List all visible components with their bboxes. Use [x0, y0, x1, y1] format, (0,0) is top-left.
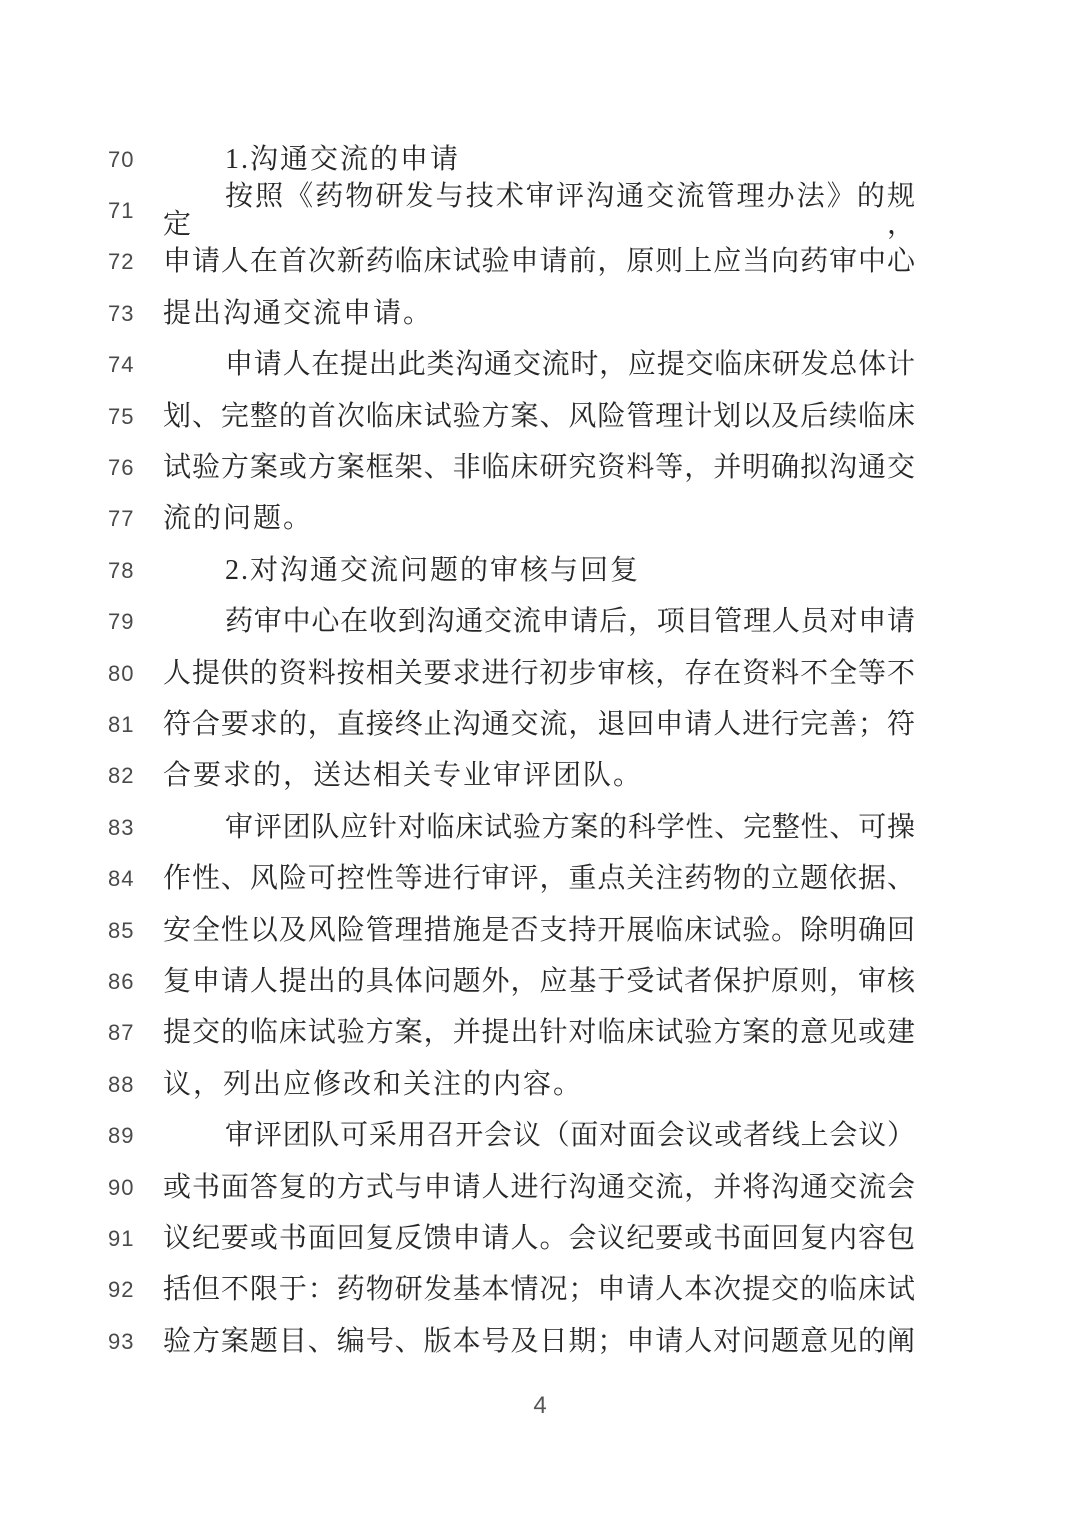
line-text: 安全性以及风险管理措施是否支持开展临床试验。除明确回	[163, 917, 915, 945]
line-text: 作性、风险可控性等进行审评，重点关注药物的立题依据、	[163, 865, 915, 893]
line-text: 药审中心在收到沟通交流申请后，项目管理人员对申请	[163, 608, 915, 636]
line-text: 合要求的，送达相关专业审评团队。	[163, 762, 915, 790]
document-line: 72 申请人在首次新药临床试验申请前，原则上应当向药审中心	[0, 237, 1080, 288]
line-number: 80	[108, 661, 163, 687]
line-text: 验方案题目、编号、版本号及日期；申请人对问题意见的阐	[163, 1328, 915, 1356]
line-number: 71	[108, 198, 163, 224]
line-number: 89	[108, 1123, 163, 1149]
line-number: 79	[108, 609, 163, 635]
line-number: 82	[108, 763, 163, 789]
line-number: 76	[108, 455, 163, 481]
line-number: 84	[108, 866, 163, 892]
document-line: 78 2.对沟通交流问题的审核与回复	[0, 545, 1080, 596]
document-line: 90 或书面答复的方式与申请人进行沟通交流，并将沟通交流会	[0, 1162, 1080, 1213]
line-number: 75	[108, 404, 163, 430]
line-number: 90	[108, 1175, 163, 1201]
document-line: 80 人提供的资料按相关要求进行初步审核，存在资料不全等不	[0, 648, 1080, 699]
line-number: 81	[108, 712, 163, 738]
line-text: 议纪要或书面回复反馈申请人。会议纪要或书面回复内容包	[163, 1225, 915, 1253]
document-line: 85 安全性以及风险管理措施是否支持开展临床试验。除明确回	[0, 905, 1080, 956]
line-number: 78	[108, 558, 163, 584]
line-number: 93	[108, 1329, 163, 1355]
line-number: 88	[108, 1072, 163, 1098]
line-text: 人提供的资料按相关要求进行初步审核，存在资料不全等不	[163, 660, 915, 688]
document-body: 70 1.沟通交流的申请 71 按照《药物研发与技术审评沟通交流管理办法》的规定…	[0, 0, 1080, 1367]
page-number: 4	[0, 1392, 1080, 1420]
line-text: 按照《药物研发与技术审评沟通交流管理办法》的规定，	[163, 183, 915, 239]
document-line: 73 提出沟通交流申请。	[0, 288, 1080, 339]
line-number: 85	[108, 918, 163, 944]
line-number: 72	[108, 249, 163, 275]
line-text: 申请人在提出此类沟通交流时，应提交临床研发总体计	[163, 351, 915, 379]
line-number: 73	[108, 301, 163, 327]
document-line: 83 审评团队应针对临床试验方案的科学性、完整性、可操	[0, 802, 1080, 853]
document-line: 89 审评团队可采用召开会议（面对面会议或者线上会议）	[0, 1110, 1080, 1161]
document-line: 84 作性、风险可控性等进行审评，重点关注药物的立题依据、	[0, 853, 1080, 904]
line-number: 92	[108, 1277, 163, 1303]
document-line: 82 合要求的，送达相关专业审评团队。	[0, 751, 1080, 802]
line-text: 复申请人提出的具体问题外，应基于受试者保护原则，审核	[163, 968, 915, 996]
line-text: 申请人在首次新药临床试验申请前，原则上应当向药审中心	[163, 248, 915, 276]
document-line: 91 议纪要或书面回复反馈申请人。会议纪要或书面回复内容包	[0, 1213, 1080, 1264]
document-line: 74 申请人在提出此类沟通交流时，应提交临床研发总体计	[0, 340, 1080, 391]
document-line: 87 提交的临床试验方案，并提出针对临床试验方案的意见或建	[0, 1008, 1080, 1059]
line-number: 91	[108, 1226, 163, 1252]
document-line: 93 验方案题目、编号、版本号及日期；申请人对问题意见的阐	[0, 1316, 1080, 1367]
document-line: 75 划、完整的首次临床试验方案、风险管理计划以及后续临床	[0, 391, 1080, 442]
line-text: 或书面答复的方式与申请人进行沟通交流，并将沟通交流会	[163, 1174, 915, 1202]
document-line: 79 药审中心在收到沟通交流申请后，项目管理人员对申请	[0, 597, 1080, 648]
line-number: 77	[108, 506, 163, 532]
line-text: 1.沟通交流的申请	[163, 146, 915, 174]
line-text: 2.对沟通交流问题的审核与回复	[163, 557, 915, 585]
line-text: 划、完整的首次临床试验方案、风险管理计划以及后续临床	[163, 403, 915, 431]
document-page: 70 1.沟通交流的申请 71 按照《药物研发与技术审评沟通交流管理办法》的规定…	[0, 0, 1080, 1527]
line-text: 审评团队可采用召开会议（面对面会议或者线上会议）	[163, 1122, 915, 1150]
document-line: 70 1.沟通交流的申请	[0, 134, 1080, 185]
line-number: 74	[108, 352, 163, 378]
line-text: 提交的临床试验方案，并提出针对临床试验方案的意见或建	[163, 1019, 915, 1047]
line-text: 审评团队应针对临床试验方案的科学性、完整性、可操	[163, 814, 915, 842]
line-text: 试验方案或方案框架、非临床研究资料等，并明确拟沟通交	[163, 454, 915, 482]
document-line: 77 流的问题。	[0, 494, 1080, 545]
document-line: 71 按照《药物研发与技术审评沟通交流管理办法》的规定，	[0, 185, 1080, 236]
document-line: 81 符合要求的，直接终止沟通交流，退回申请人进行完善；符	[0, 699, 1080, 750]
document-line: 76 试验方案或方案框架、非临床研究资料等，并明确拟沟通交	[0, 442, 1080, 493]
document-line: 88 议，列出应修改和关注的内容。	[0, 1059, 1080, 1110]
line-text: 流的问题。	[163, 505, 915, 533]
line-text: 符合要求的，直接终止沟通交流，退回申请人进行完善；符	[163, 711, 915, 739]
line-text: 提出沟通交流申请。	[163, 300, 915, 328]
line-number: 87	[108, 1020, 163, 1046]
line-number: 70	[108, 147, 163, 173]
document-line: 86 复申请人提出的具体问题外，应基于受试者保护原则，审核	[0, 956, 1080, 1007]
document-line: 92 括但不限于：药物研发基本情况；申请人本次提交的临床试	[0, 1265, 1080, 1316]
line-text: 议，列出应修改和关注的内容。	[163, 1071, 915, 1099]
line-number: 83	[108, 815, 163, 841]
line-number: 86	[108, 969, 163, 995]
line-text: 括但不限于：药物研发基本情况；申请人本次提交的临床试	[163, 1276, 915, 1304]
